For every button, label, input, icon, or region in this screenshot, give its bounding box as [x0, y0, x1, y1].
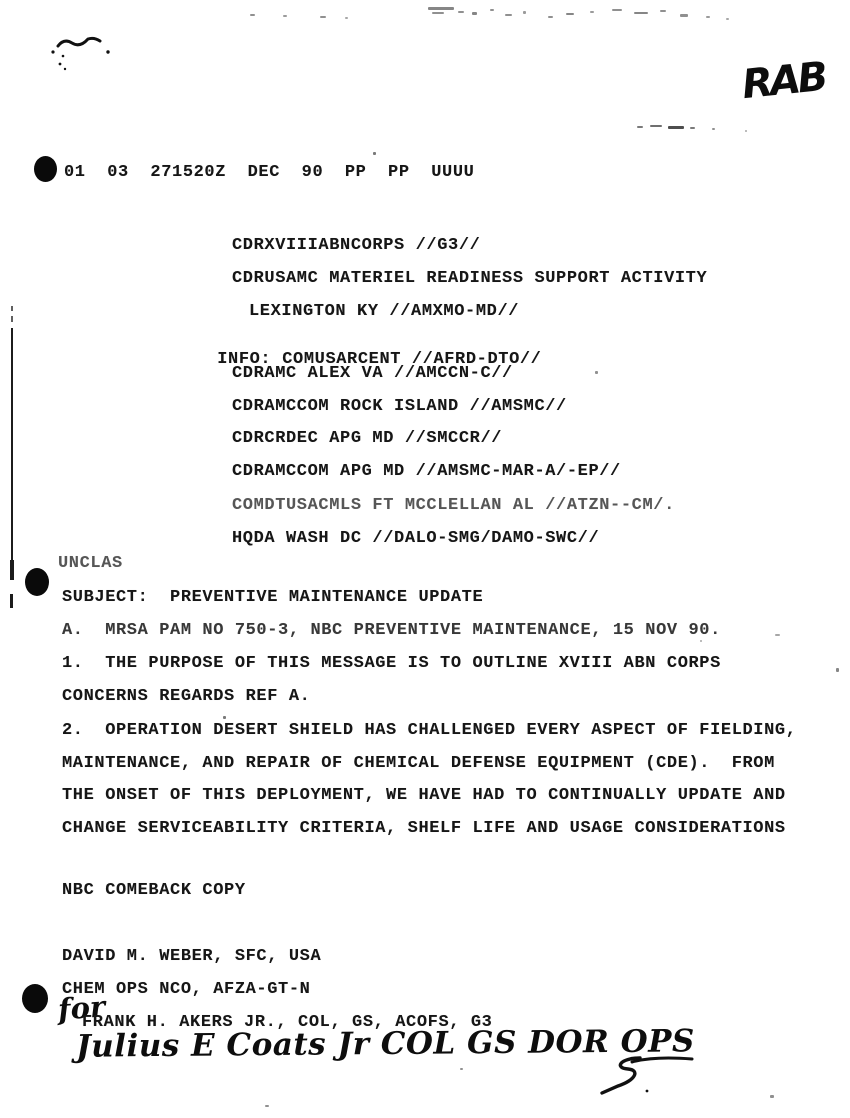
info-line: CDRAMCCOM ROCK ISLAND //AMSMC// [232, 397, 567, 416]
info-line: CDRCRDEC APG MD //SMCCR// [232, 429, 502, 448]
classification-line: UNCLAS [58, 554, 123, 573]
handwritten-initials: RAB [740, 54, 828, 108]
info-line: HQDA WASH DC //DALO-SMG/DAMO-SWC// [232, 529, 599, 548]
info-line: CDRAMCCOM APG MD //AMSMC-MAR-A/-EP// [232, 462, 621, 481]
body-line: MAINTENANCE, AND REPAIR OF CHEMICAL DEFE… [62, 754, 775, 773]
body-line: 1. THE PURPOSE OF THIS MESSAGE IS TO OUT… [62, 654, 721, 673]
body-line: CHANGE SERVICEABILITY CRITERIA, SHELF LI… [62, 819, 786, 838]
pen-scribble-mark [592, 1048, 702, 1100]
addressee-line: CDRXVIIIABNCORPS //G3// [232, 236, 480, 255]
hole-punch-mark [25, 568, 49, 596]
routing-line: 01 03 271520Z DEC 90 PP PP UUUU [64, 163, 474, 182]
info-line: CDRAMC ALEX VA //AMCCN-C// [232, 364, 513, 383]
addressee-line: CDRUSAMC MATERIEL READINESS SUPPORT ACTI… [232, 269, 707, 288]
info-line: COMDTUSACMLS FT MCCLELLAN AL //ATZN--CM/… [232, 496, 675, 515]
hole-punch-mark [34, 156, 57, 182]
reference-line: A. MRSA PAM NO 750-3, NBC PREVENTIVE MAI… [62, 621, 721, 640]
body-line: CONCERNS REGARDS REF A. [62, 687, 310, 706]
hole-punch-mark [22, 984, 48, 1013]
signer-name-line: DAVID M. WEBER, SFC, USA [62, 947, 321, 966]
comeback-copy-line: NBC COMEBACK COPY [62, 881, 246, 900]
body-line: 2. OPERATION DESERT SHIELD HAS CHALLENGE… [62, 721, 797, 740]
pen-squiggle-mark [46, 28, 132, 76]
addressee-line: LEXINGTON KY //AMXMO-MD// [249, 302, 519, 321]
body-line: THE ONSET OF THIS DEPLOYMENT, WE HAVE HA… [62, 786, 786, 805]
scanned-document-page: RAB 01 03 271520Z DEC 90 PP PP UUUU CDRX… [0, 0, 850, 1118]
subject-line: SUBJECT: PREVENTIVE MAINTENANCE UPDATE [62, 588, 483, 607]
